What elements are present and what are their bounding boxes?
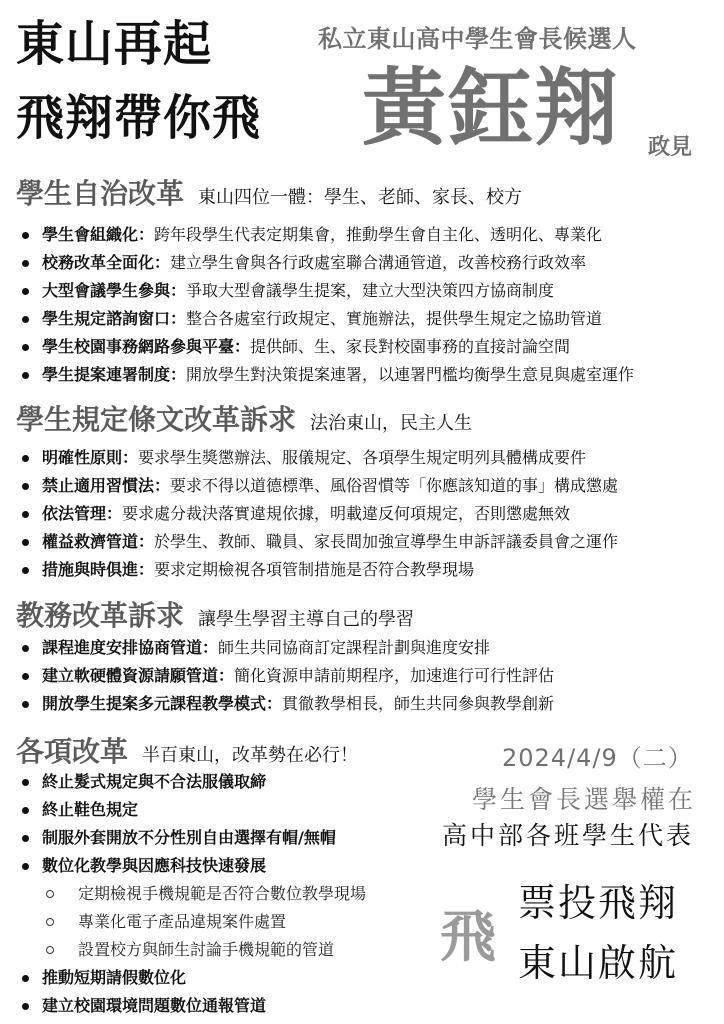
- list-item: 措施與時俱進：要求定期檢視各項管制措施是否符合教學現場: [20, 556, 618, 584]
- item-keyword: 開放學生提案多元課程教學模式：: [42, 694, 282, 713]
- sub-list-item: 設置校方與師生討論手機規範的管道: [20, 936, 366, 964]
- platform-tag: 政見: [648, 130, 692, 161]
- item-keyword: 大型會議學生參與：: [42, 281, 186, 300]
- item-keyword: 學生規定諮詢窗口：: [42, 309, 186, 328]
- item-keyword: 明確性原則：: [42, 448, 138, 467]
- list-item: 大型會議學生參與：爭取大型會議學生提案，建立大型決策四方協商制度: [20, 277, 634, 305]
- item-text: 要求不得以道德標準、風俗習慣等「你應該知道的事」構成懲處: [170, 476, 618, 495]
- item-text: 要求處分裁決落實違規依據，明載違反何項規定，否則懲處無效: [122, 504, 570, 523]
- closing-slogan-2: 東山啟航: [518, 932, 678, 987]
- list-item: 數位化教學與因應科技快速發展: [20, 852, 336, 880]
- various-reforms-list: 終止髮式規定與不合法服儀取締 終止鞋色規定 制服外套開放不分性別自由選擇有帽/無…: [20, 768, 336, 880]
- item-text: 整合各處室行政規定、實施辦法，提供學生規定之協助管道: [186, 309, 602, 328]
- item-text: 建立學生會與各行政處室聯合溝通管道，改善校務行政效率: [170, 253, 586, 272]
- item-keyword: 權益救濟管道：: [42, 532, 154, 551]
- item-keyword: 學生校園事務網路參與平臺：: [42, 337, 250, 356]
- list-item: 推動短期請假數位化: [20, 964, 266, 992]
- item-keyword: 學生提案連署制度：: [42, 365, 186, 384]
- slogan-line-2: 飛翔帶你飛: [16, 90, 261, 146]
- list-item: 學生會組織化：跨年段學生代表定期集會，推動學生會自主化、透明化、專業化: [20, 221, 634, 249]
- list-item: 終止髮式規定與不合法服儀取締: [20, 768, 336, 796]
- section-heading-various-reforms: 各項改革 半百東山，改革勢在必行！: [16, 730, 358, 770]
- fly-logo-icon: 飛: [440, 893, 496, 973]
- closing-slogan-1: 票投飛翔: [518, 872, 678, 927]
- list-item: 依法管理：要求處分裁決落實違規依據，明載違反何項規定，否則懲處無效: [20, 500, 618, 528]
- rules-reform-list: 明確性原則：要求學生獎懲辦法、服儀規定、各項學生規定明列具體構成要件 禁止適用習…: [20, 444, 618, 584]
- item-text: 師生共同協商訂定課程計劃與進度安排: [218, 638, 490, 657]
- item-keyword: 措施與時俱進：: [42, 560, 154, 579]
- list-item: 終止鞋色規定: [20, 796, 336, 824]
- list-item: 明確性原則：要求學生獎懲辦法、服儀規定、各項學生規定明列具體構成要件: [20, 444, 618, 472]
- section-title: 各項改革: [16, 730, 128, 770]
- section-title: 學生自治改革: [16, 172, 184, 212]
- section-title: 教務改革訴求: [16, 594, 184, 634]
- item-text: 要求學生獎懲辦法、服儀規定、各項學生規定明列具體構成要件: [138, 448, 586, 467]
- sub-list-item: 定期檢視手機規範是否符合數位教學現場: [20, 880, 366, 908]
- item-text: 於學生、教師、職員、家長間加強宣導學生申訴評議委員會之運作: [154, 532, 618, 551]
- candidate-name: 黃鈺翔: [362, 58, 620, 158]
- item-keyword: 課程進度安排協商管道：: [42, 638, 218, 657]
- item-keyword: 禁止適用習慣法：: [42, 476, 170, 495]
- slogan-line-1: 東山再起: [16, 16, 212, 72]
- self-governance-list: 學生會組織化：跨年段學生代表定期集會，推動學生會自主化、透明化、專業化 校務改革…: [20, 221, 634, 389]
- item-keyword: 建立軟硬體資源請願管道：: [42, 666, 234, 685]
- list-item: 課程進度安排協商管道：師生共同協商訂定課程計劃與進度安排: [20, 634, 554, 662]
- list-item: 學生校園事務網路參與平臺：提供師、生、家長對校園事務的直接討論空間: [20, 333, 634, 361]
- election-date: 2024/4/9（二）: [502, 738, 693, 773]
- item-text: 跨年段學生代表定期集會，推動學生會自主化、透明化、專業化: [154, 225, 602, 244]
- election-right-line-2: 高中部各班學生代表: [442, 816, 694, 852]
- section-subtitle: 法治東山，民主人生: [310, 409, 472, 435]
- section-subtitle: 半百東山，改革勢在必行！: [142, 741, 358, 767]
- list-item: 制服外套開放不分性別自由選擇有帽/無帽: [20, 824, 336, 852]
- list-item: 開放學生提案多元課程教學模式：貫徹教學相長，師生共同參與教學創新: [20, 690, 554, 718]
- academic-reform-list: 課程進度安排協商管道：師生共同協商訂定課程計劃與進度安排 建立軟硬體資源請願管道…: [20, 634, 554, 718]
- item-text: 貫徹教學相長，師生共同參與教學創新: [282, 694, 554, 713]
- list-item: 權益救濟管道：於學生、教師、職員、家長間加強宣導學生申訴評議委員會之運作: [20, 528, 618, 556]
- sub-list-item: 專業化電子產品違規案件處置: [20, 908, 366, 936]
- item-text: 爭取大型會議學生提案，建立大型決策四方協商制度: [186, 281, 554, 300]
- list-item: 建立軟硬體資源請願管道：簡化資源申請前期程序，加速進行可行性評估: [20, 662, 554, 690]
- item-keyword: 依法管理：: [42, 504, 122, 523]
- list-item: 禁止適用習慣法：要求不得以道德標準、風俗習慣等「你應該知道的事」構成懲處: [20, 472, 618, 500]
- item-text: 開放學生對決策提案連署，以連署門檻均衡學生意見與處室運作: [186, 365, 634, 384]
- item-keyword: 學生會組織化：: [42, 225, 154, 244]
- section-title: 學生規定條文改革訴求: [16, 398, 296, 438]
- various-reforms-list-cont: 推動短期請假數位化 建立校園環境問題數位通報管道: [20, 964, 266, 1020]
- list-item: 校務改革全面化：建立學生會與各行政處室聯合溝通管道，改善校務行政效率: [20, 249, 634, 277]
- election-right-line-1: 學生會長選舉權在: [472, 780, 696, 816]
- item-text: 簡化資源申請前期程序，加速進行可行性評估: [234, 666, 554, 685]
- item-keyword: 校務改革全面化：: [42, 253, 170, 272]
- list-item: 學生規定諮詢窗口：整合各處室行政規定、實施辦法，提供學生規定之協助管道: [20, 305, 634, 333]
- section-subtitle: 讓學生學習主導自己的學習: [198, 605, 414, 631]
- digital-sublist: 定期檢視手機規範是否符合數位教學現場 專業化電子產品違規案件處置 設置校方與師生…: [20, 880, 366, 964]
- section-heading-academic-reform: 教務改革訴求 讓學生學習主導自己的學習: [16, 594, 414, 634]
- list-item: 建立校園環境問題數位通報管道: [20, 992, 266, 1020]
- candidate-label: 私立東山高中學生會長候選人: [318, 19, 637, 54]
- item-text: 要求定期檢視各項管制措施是否符合教學現場: [154, 560, 474, 579]
- list-item: 學生提案連署制度：開放學生對決策提案連署，以連署門檻均衡學生意見與處室運作: [20, 361, 634, 389]
- section-subtitle: 東山四位一體：學生、老師、家長、校方: [198, 183, 522, 209]
- section-heading-rules-reform: 學生規定條文改革訴求 法治東山，民主人生: [16, 398, 472, 438]
- item-text: 提供師、生、家長對校園事務的直接討論空間: [250, 337, 570, 356]
- item-text: 數位化教學與因應科技快速發展: [42, 856, 266, 875]
- section-heading-self-governance: 學生自治改革 東山四位一體：學生、老師、家長、校方: [16, 172, 522, 212]
